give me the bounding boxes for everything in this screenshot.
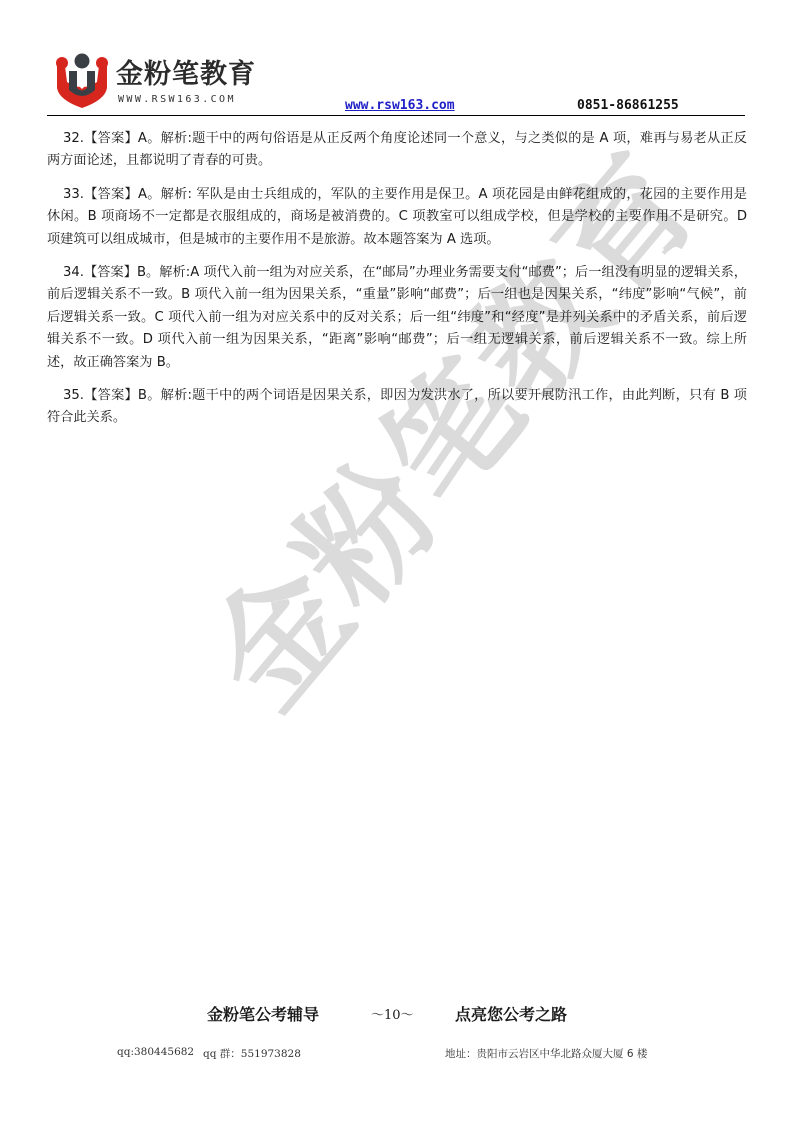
page-number: ～10～ bbox=[371, 1004, 414, 1023]
logo-title: 金粉笔教育 bbox=[116, 60, 256, 90]
answer-32: 32.【答案】A。解析:题干中的两句俗语是从正反两个角度论述同一个意义，与之类似… bbox=[47, 128, 747, 173]
logo-mark-icon bbox=[53, 52, 111, 110]
footer-slogan-left: 金粉笔公考辅导 bbox=[207, 1002, 319, 1025]
watermark: 金粉笔教育 bbox=[120, 440, 700, 920]
website-link[interactable]: www.rsw163.com bbox=[345, 98, 455, 113]
answer-33: 33.【答案】A。解析: 军队是由士兵组成的，军队的主要作用是保卫。A 项花园是… bbox=[47, 184, 747, 251]
answer-list: 32.【答案】A。解析:题干中的两句俗语是从正反两个角度论述同一个意义，与之类似… bbox=[47, 128, 747, 441]
logo: 金粉笔教育 WWW.RSW163.COM bbox=[53, 50, 253, 110]
footer-contact: qq:380445682 qq 群：551973828 地址：贵阳市云岩区中华北… bbox=[0, 1046, 793, 1062]
page-header: 金粉笔教育 WWW.RSW163.COM www.rsw163.com 0851… bbox=[47, 44, 745, 116]
answer-35: 35.【答案】B。解析:题干中的两个词语是因果关系，即因为发洪水了，所以要开展防… bbox=[47, 385, 747, 430]
qq-number: qq:380445682 bbox=[117, 1046, 194, 1058]
footer-slogan-right: 点亮您公考之路 bbox=[455, 1002, 567, 1025]
address: 地址：贵阳市云岩区中华北路众厦大厦 6 楼 bbox=[445, 1046, 647, 1061]
logo-subtitle: WWW.RSW163.COM bbox=[118, 94, 236, 105]
phone-number: 0851-86861255 bbox=[577, 98, 679, 113]
footer: 金粉笔公考辅导 ～10～ 点亮您公考之路 bbox=[0, 1002, 793, 1026]
qq-group: qq 群：551973828 bbox=[203, 1046, 301, 1061]
answer-34: 34.【答案】B。解析:A 项代入前一组为对应关系，在“邮局”办理业务需要支付“… bbox=[47, 262, 747, 374]
header-divider bbox=[47, 115, 745, 116]
